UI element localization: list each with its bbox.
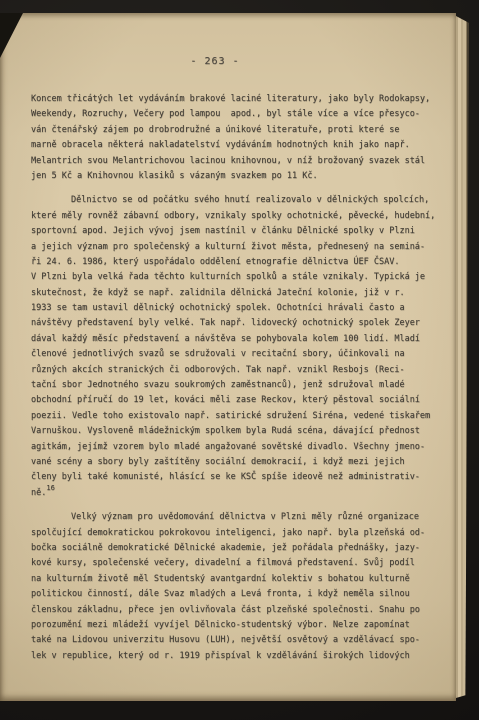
text-line: členy byli také komunisté, hlásící se ke… [31, 470, 446, 485]
text-line: obchodní příručí do 19 let, kováci měli … [31, 393, 446, 408]
text-line: na kulturním životě měl Studentský avant… [31, 572, 446, 587]
text-line: marně obracela některá nakladatelství vy… [31, 138, 446, 153]
text-line: vané scény a sbory byly zaštítěny sociál… [31, 455, 446, 470]
text-line: sportovní apod. Jejich vývoj jsem nastín… [31, 224, 446, 239]
book-page-edges [456, 16, 469, 698]
paragraph: Velký význam pro uvědomování dělnictva v… [31, 510, 446, 664]
text-line: členskou základnu, přece jen ovlivňovala… [31, 603, 446, 618]
text-line: tační sbor Jednotného svazu soukromých z… [31, 378, 446, 393]
scan-background: - 263 - Koncem třicátých let vydáváním b… [0, 0, 479, 720]
page-body: Koncem třicátých let vydáváním brakové l… [31, 92, 446, 664]
text-line-fragment: ně. [31, 488, 46, 498]
text-line: návštěvy představení byly velké. Tak nap… [31, 316, 446, 331]
text-line: také na Lidovou univerzitu Husovu (LUH),… [31, 633, 446, 648]
text-line: poezii. Vedle toho existovalo např. sati… [31, 409, 446, 424]
text-line: 1933 se tam ustavil dělnický ochotnický … [31, 301, 446, 316]
document-page: - 263 - Koncem třicátých let vydáváním b… [0, 13, 456, 701]
text-line: porozumění mezi mládeží vyvíjel Dělnicko… [31, 618, 446, 633]
text-line: Koncem třicátých let vydáváním brakové l… [31, 92, 446, 107]
text-line: ně.16 [31, 486, 446, 501]
text-line: dával každý měsíc představení a návštěva… [31, 332, 446, 347]
text-line: politickou činností, dále Svaz mladých a… [31, 587, 446, 602]
text-line: a jejich význam pro společenský a kultur… [31, 240, 446, 255]
text-line: ván čtenářský zájem po drobrodružné a ún… [31, 123, 446, 138]
text-line: skutečnost, že když se např. zalidnila d… [31, 286, 446, 301]
text-line: Velký význam pro uvědomování dělnictva v… [31, 510, 446, 525]
text-line: lek v republice, který od r. 1919 přispí… [31, 649, 446, 664]
text-line: různých akcích stranických či odborových… [31, 363, 446, 378]
text-line: bočka sociálně demokratické Dělnické aka… [31, 541, 446, 556]
text-line: kové kursy, společenské večery, divadeln… [31, 556, 446, 571]
text-line: jen 5 Kč a Knihovnou klasiků s vázaným s… [31, 169, 446, 184]
text-line: Varnuškou. Vysloveně mládežnickým spolke… [31, 424, 446, 439]
text-line: Melantrich svou Melantrichovou lacinou k… [31, 154, 446, 169]
paragraph: Koncem třicátých let vydáváním brakové l… [31, 92, 446, 184]
paragraph: Dělnictvo se od počátku svého hnutí real… [31, 193, 446, 501]
footnote-reference: 16 [46, 484, 54, 492]
page-number: - 263 - [0, 56, 456, 67]
text-line: Weekendy, Rozruchy, Večery pod lampou ap… [31, 107, 446, 122]
text-line: agitkám, jejímž vzorem bylo mladé angažo… [31, 440, 446, 455]
text-line: které měly rovněž zábavní odbory, vznika… [31, 209, 446, 224]
text-line: V Plzni byla velká řada těchto kulturníc… [31, 270, 446, 285]
text-line: Dělnictvo se od počátku svého hnutí real… [31, 193, 446, 208]
text-line: spolčující demokratickou pokrokovou inte… [31, 526, 446, 541]
text-line: členové jednotlivých svazů se sdružovali… [31, 347, 446, 362]
text-line: ři 24. 6. 1986, který uspořádalo oddělen… [31, 255, 446, 270]
